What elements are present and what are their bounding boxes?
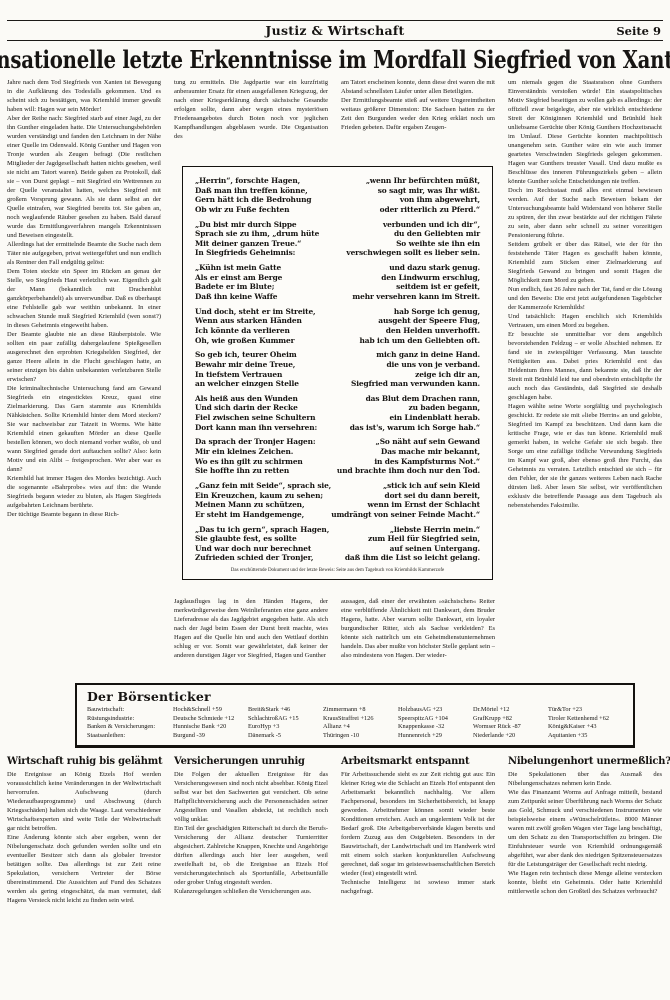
verse-right: verbunden und ich dir“, — [383, 220, 480, 230]
verse-left: Sie glaubte fest, es sollte — [195, 534, 297, 544]
verse-right: „stick ich auf sein Kleid — [383, 481, 480, 491]
ticker-quote: HolzbausAG +23 — [398, 706, 473, 715]
verse-left: Wo es ihn gilt zu schirmen — [195, 457, 303, 467]
verse-right: ausgeht der Speere Flug, — [378, 316, 480, 326]
verse-line: Und sich darin der Reckezu baden begann, — [195, 403, 480, 413]
verse-line: Daß ihn keine Waffemehr versehren kann i… — [195, 292, 480, 302]
section-body: Die Ereignisse an König Etzels Hof werde… — [7, 770, 161, 905]
ticker-quote: Tiroler Kettenhemd +62 — [548, 715, 623, 724]
verse-right: umdrängt von seiner Feinde Macht.“ — [331, 510, 480, 520]
paragraph: Dem Toten steckte ein Speer im Rücken an… — [7, 267, 161, 330]
verse-left: Ich könnte da verlieren — [195, 326, 290, 336]
verse-left: Und sich darin der Recke — [195, 403, 298, 413]
verse-line: In Siegfrieds Geheimnis:verschwiegen sol… — [195, 248, 480, 258]
verse-left: Da sprach der Tronjer Hagen: — [195, 437, 316, 447]
verse-right: von ihm abgewehrt, — [400, 195, 480, 205]
verse-left: Er steht im Handgemenge, — [195, 510, 304, 520]
verse-line: So geb ich, teurer Oheimmich ganz in dei… — [195, 350, 480, 360]
poem-stanza: Und doch, steht er im Streite,hab Sorge … — [195, 307, 480, 345]
verse-right: wenn im Ernst der Schlacht — [368, 500, 480, 510]
verse-line: Oh, wie großen Kummerhab ich um den Geli… — [195, 336, 480, 346]
section-arbeitsmarkt: Arbeitsmarkt entspannt Für Arbeitssuchen… — [341, 755, 495, 905]
verse-line: „Du bist mir durch Sippeverbunden und ic… — [195, 220, 480, 230]
verse-right: mich ganz in deine Hand. — [376, 350, 480, 360]
section-heading: Arbeitsmarkt entspannt — [341, 755, 486, 767]
verse-left: Und doch, steht er im Streite, — [195, 307, 316, 317]
verse-left: Bewahr mir deine Treue, — [195, 360, 295, 370]
ticker-quote: Allianz +4 — [323, 723, 398, 732]
poem-stanza: „Kühn ist mein Gatteund dazu stark genug… — [195, 263, 480, 301]
verse-right: und dazu stark genug. — [389, 263, 480, 273]
verse-right: Das mache mir bekannt, — [381, 447, 480, 457]
poem-stanzas: „Herrin“, forschte Hagen,„wenn Ihr befür… — [195, 176, 480, 564]
diary-facsimile-box: „Herrin“, forschte Hagen,„wenn Ihr befür… — [182, 166, 493, 580]
paragraph: Und tatsächlich: Hagen erschlich sich Kr… — [508, 312, 662, 330]
verse-right: oder ritterlich zu Pferd.“ — [380, 205, 480, 215]
verse-line: „Das tu ich gern“, sprach Hagen,„liebste… — [195, 525, 480, 535]
paragraph: Seitdem grübelt er über das Rätsel, wie … — [508, 240, 662, 285]
paragraph: tung zu ermitteln. Die Jagdpartie war ei… — [174, 78, 328, 141]
headline-wrap: Sensationelle letzte Erkenntnisse im Mor… — [7, 41, 663, 78]
ticker-sector-label: Bauwirtschaft: — [87, 706, 173, 715]
verse-right: „liebste Herrin mein.“ — [390, 525, 480, 535]
verse-right: zum Heil für Siegfried sein, — [368, 534, 480, 544]
poem-stanza: Als heiß aus den Wundendas Blut dem Drac… — [195, 394, 480, 432]
verse-left: „Ganz fein mit Seide“, sprach sie, — [195, 481, 331, 491]
section-body: Die Folgen der aktuellen Ereignisse für … — [174, 770, 328, 896]
verse-right: den Helden unverhofft. — [386, 326, 480, 336]
verse-left: Daß ihn keine Waffe — [195, 292, 277, 302]
article-column-2-bottom: Jagdausfluges lag in den Händen Hagens, … — [174, 597, 328, 679]
paragraph: Technische Intelligenz ist sowieso immer… — [341, 878, 495, 896]
ticker-quote: Thüringen -10 — [323, 732, 398, 741]
section-body: Die Spekulationen über das Ausmaß des Ni… — [508, 770, 662, 896]
verse-right: das ist's, warum ich Sorge hab.“ — [350, 423, 480, 433]
boersenticker-title: Der Börsenticker — [87, 689, 623, 704]
paragraph: Die Folgen der aktuellen Ereignisse für … — [174, 770, 328, 824]
verse-line: Er steht im Handgemenge,umdrängt von sei… — [195, 510, 480, 520]
ticker-quote: Deutsche Schmiede +12 — [173, 715, 248, 724]
section-title: Justiz & Wirtschaft — [265, 23, 404, 38]
poem-stanza: „Du bist mir durch Sippeverbunden und ic… — [195, 220, 480, 258]
verse-left: Ein Kreuzchen, kaum zu sehen; — [195, 491, 323, 501]
verse-right: „wenn Ihr befürchten müßt, — [366, 176, 480, 186]
verse-line: „Herrin“, forschte Hagen,„wenn Ihr befür… — [195, 176, 480, 186]
ticker-quote: Niederlande +20 — [473, 732, 548, 741]
verse-left: „Herrin“, forschte Hagen, — [195, 176, 300, 186]
paragraph: Aber der Reihe nach: Siegfried starb auf… — [7, 114, 161, 240]
ticker-quote: Breit&Stark +46 — [248, 706, 323, 715]
ticker-quote: GrafKrupp +82 — [473, 715, 548, 724]
verse-line: Ob wir zu Fuße fechtenoder ritterlich zu… — [195, 205, 480, 215]
verse-right: mehr versehren kann im Streit. — [352, 292, 480, 302]
verse-line: Fiel zwischen seine Schulternein Lindenb… — [195, 413, 480, 423]
verse-line: Zufrieden schied der Tronjer,daß ihm die… — [195, 553, 480, 563]
verse-right: auf seinen Untergang. — [390, 544, 480, 554]
verse-left: Sie hoffte ihn zu retten — [195, 466, 289, 476]
verse-line: Da sprach der Tronjer Hagen:„So näht auf… — [195, 437, 480, 447]
verse-left: Mir ein kleines Zeichen. — [195, 447, 293, 457]
paragraph: Für Arbeitssuchende sieht es zur Zeit ri… — [341, 770, 495, 878]
article-column-3-bottom: aussagen, daß einer der erwähnten »sächs… — [341, 597, 495, 679]
ticker-quote: Knappenkasse -32 — [398, 723, 473, 732]
verse-right: zu baden begann, — [409, 403, 480, 413]
verse-left: Sprach sie zu ihm, „drum hüte — [195, 229, 319, 239]
verse-line: Und war doch nur berechnetauf seinen Unt… — [195, 544, 480, 554]
ticker-quote: Zimmermann +8 — [323, 706, 398, 715]
verse-left: Fiel zwischen seine Schultern — [195, 413, 315, 423]
verse-right: die uns von je verband. — [386, 360, 480, 370]
verse-right: das Blut dem Drachen rann, — [366, 394, 480, 404]
paragraph: Der tüchtige Beamte begann in diese Rich… — [7, 510, 161, 519]
verse-line: Wenn aus starken Händenausgeht der Speer… — [195, 316, 480, 326]
ticker-quote: Hunnenreich +29 — [398, 732, 473, 741]
verse-left: Und war doch nur berechnet — [195, 544, 311, 554]
ticker-quote: Dr.Mörtel +12 — [473, 706, 548, 715]
verse-left: So geb ich, teurer Oheim — [195, 350, 297, 360]
verse-left: Badete er im Blute; — [195, 282, 274, 292]
masthead: Justiz & Wirtschaft Seite 9 — [7, 20, 663, 41]
verse-right: du den Geliebten mir — [394, 229, 480, 239]
verse-left: Oh, wie großen Kummer — [195, 336, 294, 346]
verse-left: Gern hätt ich die Bedrohung — [195, 195, 311, 205]
paragraph: Wie Hagen rein technisch diese Menge all… — [508, 869, 662, 896]
verse-line: Ich könnte da verlierenden Helden unverh… — [195, 326, 480, 336]
verse-left: „Kühn ist mein Gatte — [195, 263, 281, 273]
paragraph: Der Beamte glaubte nie an diese Räuberpi… — [7, 330, 161, 384]
paragraph: Wie das Finanzamt Worms auf Anfrage mitt… — [508, 788, 662, 869]
verse-right: hab ich um den Geliebten oft. — [360, 336, 481, 346]
paragraph: Die kriminaltechnische Untersuchung fand… — [7, 384, 161, 474]
verse-line: Wo es ihn gilt zu schirmenin des Kampfst… — [195, 457, 480, 467]
verse-left: Als heiß aus den Wunden — [195, 394, 298, 404]
verse-right: dort sei du dann bereit, — [385, 491, 480, 501]
ticker-quote: König&Kaiser +43 — [548, 723, 623, 732]
verse-line: Als heiß aus den Wundendas Blut dem Drac… — [195, 394, 480, 404]
ticker-quote: EuroHyp +3 — [248, 723, 323, 732]
boersenticker-rows: Bauwirtschaft:Hoch&Schnell +59Breit&Star… — [87, 706, 623, 740]
article-column-4: um niemals gegen die Staatsraison ohne G… — [508, 78, 662, 678]
verse-line: an welcher einzgen StelleSiegfried man v… — [195, 379, 480, 389]
paragraph: Die Spekulationen über das Ausmaß des Ni… — [508, 770, 662, 788]
paragraph: Kriemhild hat immer Hagen des Mordes bez… — [7, 474, 161, 510]
ticker-quote: Aquitanien +35 — [548, 732, 623, 741]
paragraph: Kulanzregelungen schließen die Versicher… — [174, 887, 328, 896]
verse-line: Bewahr mir deine Treue,die uns von je ve… — [195, 360, 480, 370]
ticker-quote: Burgund -39 — [173, 732, 248, 741]
verse-line: Und doch, steht er im Streite,hab Sorge … — [195, 307, 480, 317]
ticker-row: Rüstungsindustrie:Deutsche Schmiede +12S… — [87, 715, 623, 724]
verse-line: Dort kann man ihn versehren:das ist's, w… — [195, 423, 480, 433]
verse-right: verschwiegen sollt es lieber sein. — [346, 248, 480, 258]
paragraph: Eine Änderung könnte sich aber ergeben, … — [7, 833, 161, 905]
ticker-quote: Hoch&Schnell +59 — [173, 706, 248, 715]
verse-left: „Das tu ich gern“, sprach Hagen, — [195, 525, 329, 535]
verse-line: Meinen Mann zu schützen,wenn im Ernst de… — [195, 500, 480, 510]
verse-right: und brachte ihm doch nur den Tod. — [337, 466, 480, 476]
poem-stanza: Da sprach der Tronjer Hagen:„So näht auf… — [195, 437, 480, 475]
poem-stanza: „Ganz fein mit Seide“, sprach sie,„stick… — [195, 481, 480, 519]
ticker-quote: Dänemark -5 — [248, 732, 323, 741]
paragraph: um niemals gegen die Staatsraison ohne G… — [508, 78, 662, 186]
ticker-quote: Hunnische Bank +20 — [173, 723, 248, 732]
verse-line: Ein Kreuzchen, kaum zu sehen;dort sei du… — [195, 491, 480, 501]
ticker-quote: Tür&Tor +23 — [548, 706, 623, 715]
verse-line: Badete er im Blute;seitdem ist er gefeit… — [195, 282, 480, 292]
verse-right: So weihte sie ihn ein — [396, 239, 480, 249]
paragraph: Die Ereignisse an König Etzels Hof werde… — [7, 770, 161, 833]
newspaper-page: Justiz & Wirtschaft Seite 9 Sensationell… — [0, 0, 670, 1000]
section-heading: Wirtschaft ruhig bis gelähmt — [7, 755, 152, 767]
ticker-sector-label: Rüstungsindustrie: — [87, 715, 173, 724]
section-heading: Versicherungen unruhig — [174, 755, 319, 767]
verse-left: Dort kann man ihn versehren: — [195, 423, 317, 433]
section-nibelungenhort: Nibelungenhort unermeßlich? Die Spekulat… — [508, 755, 662, 905]
verse-line: Sie hoffte ihn zu rettenund brachte ihm … — [195, 466, 480, 476]
verse-line: Daß man ihn treffen könne,so sagt mir, w… — [195, 186, 480, 196]
verse-left: Als er einst am Berge — [195, 273, 282, 283]
verse-left: Mit deiner ganzen Treue.“ — [195, 239, 301, 249]
verse-line: Sie glaubte fest, es solltezum Heil für … — [195, 534, 480, 544]
verse-line: Mit deiner ganzen Treue.“So weihte sie i… — [195, 239, 480, 249]
verse-line: Gern hätt ich die Bedrohungvon ihm abgew… — [195, 195, 480, 205]
verse-left: Meinen Mann zu schützen, — [195, 500, 304, 510]
page-number: Seite 9 — [405, 24, 663, 38]
verse-left: In tiefstem Vertrauen — [195, 370, 282, 380]
verse-left: Daß man ihn treffen könne, — [195, 186, 308, 196]
paragraph: Er besuchte sie unmittelbar vor dem ange… — [508, 330, 662, 402]
verse-right: Siegfried man verwunden kann. — [351, 379, 480, 389]
verse-right: so sagt mir, was Ihr wißt. — [378, 186, 480, 196]
article-column-1: Jahre nach dem Tod Siegfrieds von Xanten… — [7, 78, 161, 678]
section-heading: Nibelungenhort unermeßlich? — [508, 755, 653, 767]
section-body: Für Arbeitssuchende sieht es zur Zeit ri… — [341, 770, 495, 896]
verse-left: „Du bist mir durch Sippe — [195, 220, 297, 230]
paragraph: Jagdausfluges lag in den Händen Hagens, … — [174, 597, 328, 660]
diary-caption: Das erschütternde Dokument und der letzt… — [195, 564, 480, 575]
verse-line: Sprach sie zu ihm, „drum hütedu den Geli… — [195, 229, 480, 239]
paragraph: Der Ermittlungsbeamte stieß auf weitere … — [341, 96, 495, 132]
ticker-sector-label: Banken & Versicherungen: — [87, 723, 173, 732]
verse-right: hab Sorge ich genug, — [394, 307, 480, 317]
verse-left: Ob wir zu Fuße fechten — [195, 205, 289, 215]
paragraph: Doch im Rechtsstaat muß alles erst einma… — [508, 186, 662, 240]
poem-stanza: „Herrin“, forschte Hagen,„wenn Ihr befür… — [195, 176, 480, 214]
bottom-sections: Wirtschaft ruhig bis gelähmt Die Ereigni… — [7, 755, 663, 905]
ticker-quote: SchlachtroßAG +15 — [248, 715, 323, 724]
poem-stanza: So geb ich, teurer Oheimmich ganz in dei… — [195, 350, 480, 388]
verse-line: „Ganz fein mit Seide“, sprach sie,„stick… — [195, 481, 480, 491]
verse-left: an welcher einzgen Stelle — [195, 379, 299, 389]
verse-right: „So näht auf sein Gewand — [376, 437, 480, 447]
paragraph: Nun endlich, fast 26 Jahre nach der Tat,… — [508, 285, 662, 312]
poem-stanza: „Das tu ich gern“, sprach Hagen,„liebste… — [195, 525, 480, 563]
verse-left: Zufrieden schied der Tronjer, — [195, 553, 313, 563]
ticker-row: Bauwirtschaft:Hoch&Schnell +59Breit&Star… — [87, 706, 623, 715]
verse-left: Wenn aus starken Händen — [195, 316, 302, 326]
verse-line: „Kühn ist mein Gatteund dazu stark genug… — [195, 263, 480, 273]
main-article: Jahre nach dem Tod Siegfrieds von Xanten… — [7, 78, 663, 679]
paragraph: Allerdings hat der ermittelnde Beamte di… — [7, 240, 161, 267]
paragraph: Hagen wählte seine Worte sorgfältig und … — [508, 402, 662, 510]
paragraph: Jahre nach dem Tod Siegfrieds von Xanten… — [7, 78, 161, 114]
verse-left: In Siegfrieds Geheimnis: — [195, 248, 295, 258]
ticker-quote: Wormser Rück -87 — [473, 723, 548, 732]
verse-line: In tiefstem Vertrauenzeige ich dir an, — [195, 370, 480, 380]
ticker-row: Banken & Versicherungen:Hunnische Bank +… — [87, 723, 623, 732]
ticker-row: Staatsanleihen:Burgund -39Dänemark -5Thü… — [87, 732, 623, 741]
ticker-quote: KrausStraffrei +126 — [323, 715, 398, 724]
verse-right: seitdem ist er gefeit, — [396, 282, 480, 292]
paragraph: Ein Teil der geschädigten Ritterschaft i… — [174, 824, 328, 887]
boersenticker-box: Der Börsenticker Bauwirtschaft:Hoch&Schn… — [75, 683, 635, 748]
headline: Sensationelle letzte Erkenntnisse im Mor… — [0, 45, 670, 74]
verse-right: in des Kampfsturms Not.“ — [374, 457, 480, 467]
section-wirtschaft: Wirtschaft ruhig bis gelähmt Die Ereigni… — [7, 755, 161, 905]
verse-right: zeige ich dir an, — [415, 370, 480, 380]
section-versicherungen: Versicherungen unruhig Die Folgen der ak… — [174, 755, 328, 905]
article-column-2-top: tung zu ermitteln. Die Jagdpartie war ei… — [174, 78, 328, 165]
paragraph: aussagen, daß einer der erwähnten »sächs… — [341, 597, 495, 660]
verse-right: den Lindwurm erschlug, — [381, 273, 480, 283]
ticker-sector-label: Staatsanleihen: — [87, 732, 173, 741]
verse-right: daß ihm die List so leicht gelang. — [345, 553, 480, 563]
ticker-quote: SpeerspitzAG +104 — [398, 715, 473, 724]
paragraph: am Tatort erscheinen konnte, denn diese … — [341, 78, 495, 96]
verse-line: Als er einst am Bergeden Lindwurm erschl… — [195, 273, 480, 283]
verse-line: Mir ein kleines Zeichen.Das mache mir be… — [195, 447, 480, 457]
article-column-3-top: am Tatort erscheinen konnte, denn diese … — [341, 78, 495, 165]
verse-right: ein Lindenblatt herab. — [389, 413, 480, 423]
